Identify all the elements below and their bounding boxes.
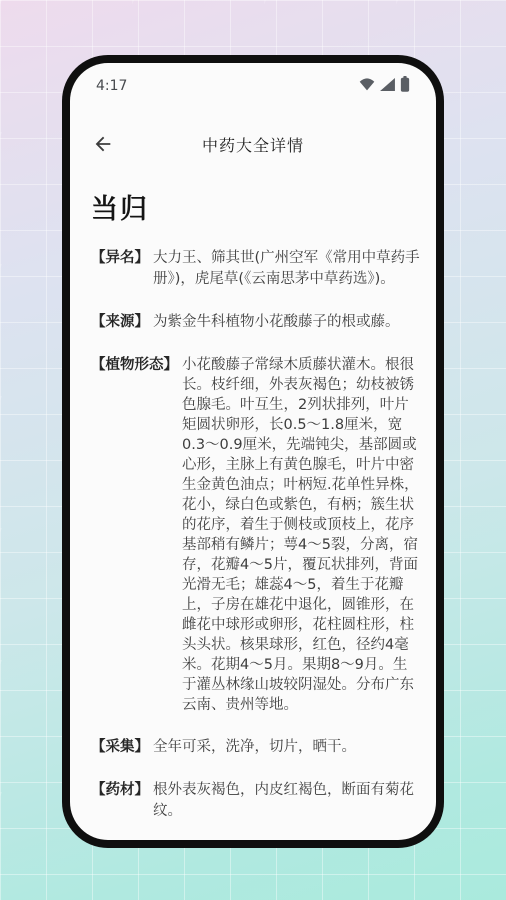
section-medicinal-material-text: 根外表灰褐色，内皮红褐色，断面有菊花纹。	[153, 780, 420, 822]
status-bar: 4:17	[70, 63, 436, 97]
section-collection-text: 全年可采，洗净，切片，晒干。	[153, 737, 420, 758]
section-collection-label: 【采集】	[91, 737, 149, 758]
cellular-signal-icon	[380, 78, 395, 95]
gradient-grid-background: 4:17	[0, 0, 506, 900]
arrow-left-icon	[92, 143, 114, 158]
phone-screen: 4:17	[70, 63, 436, 840]
section-alias-text: 大力王、筛其世(广州空军《常用中草药手册》)，虎尾草(《云南思茅中草药选》)。	[153, 248, 420, 290]
app-bar: 中药大全详情	[70, 125, 436, 163]
back-button[interactable]	[92, 133, 114, 155]
section-morphology: 【植物形态】 小花酸藤子常绿木质藤状灌木。根很长。枝纤细，外表灰褐色；幼枝被锈色…	[91, 355, 420, 715]
article-scroll-area[interactable]: 当归 【异名】 大力王、筛其世(广州空军《常用中草药手册》)，虎尾草(《云南思茅…	[70, 163, 436, 840]
section-source-text: 为紫金牛科植物小花酸藤子的根或藤。	[153, 312, 420, 333]
section-morphology-text: 小花酸藤子常绿木质藤状灌木。根很长。枝纤细，外表灰褐色；幼枝被锈色腺毛。叶互生，…	[182, 355, 420, 715]
status-icons	[359, 76, 410, 96]
page-title: 中药大全详情	[70, 133, 436, 156]
section-medicinal-material-label: 【药材】	[91, 780, 149, 822]
section-alias: 【异名】 大力王、筛其世(广州空军《常用中草药手册》)，虎尾草(《云南思茅中草药…	[91, 248, 420, 290]
section-morphology-label: 【植物形态】	[91, 355, 178, 715]
wifi-icon	[359, 78, 375, 95]
section-source: 【来源】 为紫金牛科植物小花酸藤子的根或藤。	[91, 312, 420, 333]
battery-icon	[400, 76, 410, 96]
section-source-label: 【来源】	[91, 312, 149, 333]
phone-frame: 4:17	[62, 55, 444, 848]
herb-name-heading: 当归	[91, 187, 420, 226]
section-medicinal-material: 【药材】 根外表灰褐色，内皮红褐色，断面有菊花纹。	[91, 780, 420, 822]
status-time: 4:17	[96, 78, 127, 94]
section-collection: 【采集】 全年可采，洗净，切片，晒干。	[91, 737, 420, 758]
section-alias-label: 【异名】	[91, 248, 149, 290]
